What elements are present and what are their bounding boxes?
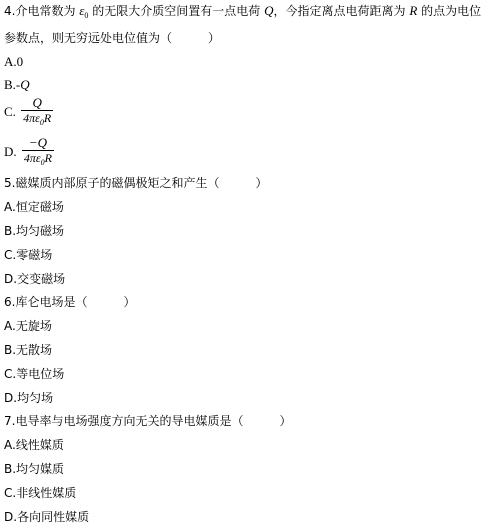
question-4-option-a[interactable]: A.0: [4, 55, 23, 69]
question-7-option-b[interactable]: B.均匀媒质: [4, 462, 64, 476]
question-4-option-b[interactable]: B.-Q: [4, 78, 30, 92]
question-5-option-c[interactable]: C.零磁场: [4, 248, 52, 262]
question-number: 4.: [4, 4, 15, 18]
question-6-option-d[interactable]: D.均匀场: [4, 391, 53, 405]
question-4-stem-line2: 参数点，则无穷远处电位值为（ ）: [4, 31, 220, 45]
question-7-option-a[interactable]: A.线性媒质: [4, 438, 64, 452]
fraction: −Q 4πε0R: [22, 136, 54, 170]
question-7-option-c[interactable]: C.非线性媒质: [4, 486, 76, 500]
question-6-option-c[interactable]: C.等电位场: [4, 367, 64, 381]
distance-symbol: R: [409, 3, 417, 18]
question-6-stem: 6.库仑电场是（ ）: [4, 295, 135, 309]
question-5-option-a[interactable]: A.恒定磁场: [4, 200, 64, 214]
fraction: Q 4πε0R: [21, 96, 53, 130]
question-6-option-a[interactable]: A.无旋场: [4, 319, 52, 333]
question-7-option-d[interactable]: D.各向同性媒质: [4, 510, 89, 524]
question-7-stem: 7.电导率与电场强度方向无关的导电媒质是（ ）: [4, 414, 291, 428]
question-6-option-b[interactable]: B.无散场: [4, 343, 52, 357]
question-5-option-d[interactable]: D.交变磁场: [4, 272, 65, 286]
question-5-option-b[interactable]: B.均匀磁场: [4, 224, 64, 238]
question-4-stem-line1: 4.介电常数为 ε0 的无限大介质空间置有一点电荷 Q，今指定离点电荷距离为 R…: [4, 4, 481, 23]
question-5-stem: 5.磁媒质内部原子的磁偶极矩之和产生（ ）: [4, 176, 267, 190]
question-4-option-c[interactable]: C. Q 4πε0R: [4, 96, 53, 130]
question-4-option-d[interactable]: D. −Q 4πε0R: [4, 136, 54, 170]
